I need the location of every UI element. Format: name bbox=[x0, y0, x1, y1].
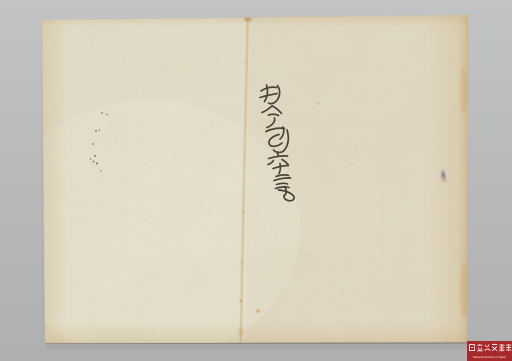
paper-texture bbox=[0, 14, 468, 360]
archive-stamp: National Archives of Japan bbox=[467, 341, 512, 361]
scan-canvas: National Archives of Japan bbox=[0, 0, 512, 361]
scanned-document-image: 勅令第六十二号 国立公文書館 bbox=[0, 0, 512, 361]
archive-stamp-en-label: National Archives of Japan bbox=[473, 355, 507, 359]
